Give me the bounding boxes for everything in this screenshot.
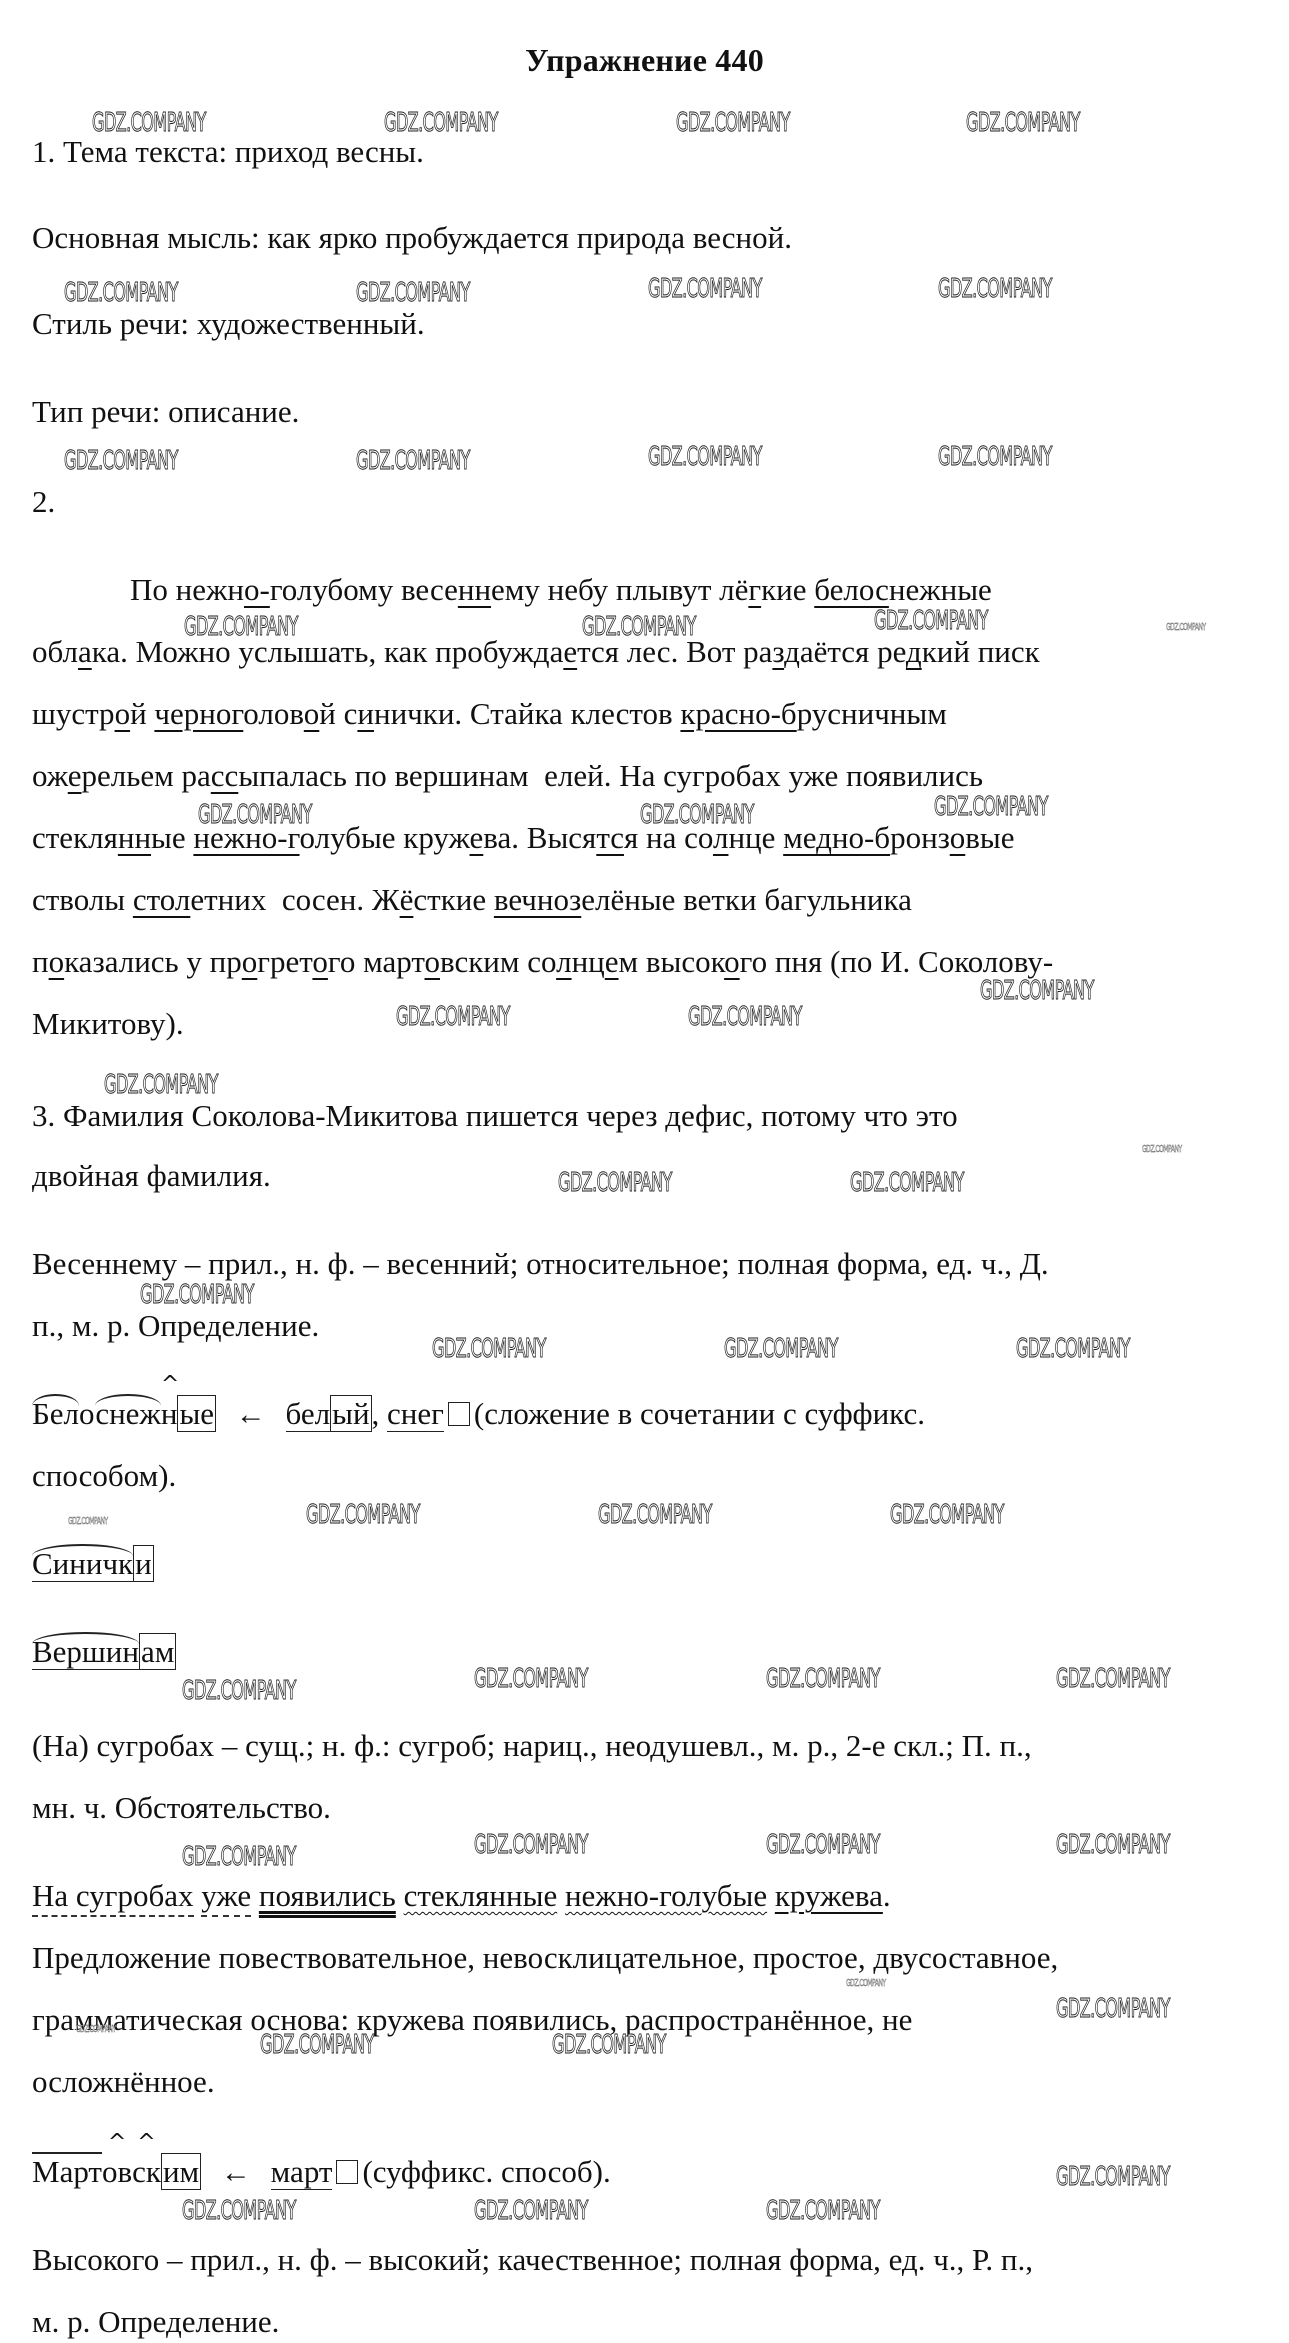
source-word-mart: март (271, 2154, 333, 2190)
watermark: GDZ.COMPANY (182, 1676, 296, 1706)
watermark: GDZ.COMPANY (1016, 1334, 1130, 1364)
hyphen-explanation-line-2: двойная фамилия. (32, 1160, 271, 1191)
suffix-sk: ск (132, 2154, 161, 2189)
belosnezhnye-analysis: Белоснежные ← белый, снег(сложение в соч… (32, 1398, 925, 1430)
ending-box: ый (330, 1395, 371, 1432)
sugrobakh-analysis-line-1: (На) сугробах – сущ.; н. ф.: сугроб; нар… (32, 1730, 1032, 1761)
watermark: GDZ.COMPANY (558, 1168, 672, 1198)
watermark: GDZ.COMPANY (64, 278, 178, 308)
watermark: GDZ.COMPANY (306, 1500, 420, 1530)
watermark: GDZ.COMPANY (938, 442, 1052, 472)
watermark: GDZ.COMPANY (396, 1002, 510, 1032)
ending-box: ам (139, 1633, 176, 1670)
watermark: GDZ.COMPANY (850, 1168, 964, 1198)
watermark: GDZ.COMPANY (934, 792, 1048, 822)
watermark: GDZ.COMPANY (874, 606, 988, 636)
root-vershin: Вершин (32, 1632, 139, 1669)
adverbial-uzhe: уже (201, 1878, 251, 1917)
watermark: GDZ.COMPANY (474, 1830, 588, 1860)
watermark: GDZ.COMPANY (1166, 622, 1206, 633)
watermark: GDZ.COMPANY (474, 1664, 588, 1694)
watermark: GDZ.COMPANY (846, 1978, 886, 1989)
vysokogo-analysis-line-1: Высокого – прил., н. ф. – высокий; качес… (32, 2244, 1033, 2275)
watermark: GDZ.COMPANY (64, 446, 178, 476)
zero-ending-box (336, 2160, 358, 2184)
vesennemu-analysis-line-1: Весеннему – прил., н. ф. – весенний; отн… (32, 1248, 1049, 1279)
belosnezhnye-comment-line-2: способом). (32, 1460, 176, 1491)
adverbial-na-sugrobakh: На сугробах (32, 1878, 194, 1917)
watermark: GDZ.COMPANY (598, 1500, 712, 1530)
main-idea-line: Основная мысль: как ярко пробуждается пр… (32, 222, 792, 253)
sentence-description-line-1: Предложение повествовательное, невосклиц… (32, 1942, 1058, 1973)
watermark: GDZ.COMPANY (980, 976, 1094, 1006)
page-title: Упражнение 440 (0, 42, 1289, 79)
watermark: GDZ.COMPANY (356, 278, 470, 308)
watermark: GDZ.COMPANY (724, 1334, 838, 1364)
watermark: GDZ.COMPANY (938, 274, 1052, 304)
sinichki-morphemes: Синички (32, 1548, 154, 1579)
watermark: GDZ.COMPANY (432, 1334, 546, 1364)
paragraph-line-5: стеклянные нежно-голубые кружева. Высятс… (32, 822, 1014, 853)
watermark: GDZ.COMPANY (140, 1280, 254, 1310)
hyphen-explanation-line-1: 3. Фамилия Соколова-Микитова пишется чер… (32, 1100, 958, 1131)
watermark: GDZ.COMPANY (1142, 1144, 1182, 1155)
ending-box: им (161, 2153, 201, 2190)
predicate-poyavilis: появились (259, 1878, 396, 1913)
root-mart: Март (32, 2152, 102, 2189)
root-bel: Бел (32, 1394, 79, 1431)
paragraph-line-6: стволы столетних сосен. Жёсткие вечнозел… (32, 884, 912, 915)
suffix-n: н (161, 1396, 178, 1431)
style-line: Стиль речи: художественный. (32, 308, 425, 339)
watermark: GDZ.COMPANY (688, 1002, 802, 1032)
watermark: GDZ.COMPANY (676, 108, 790, 138)
suffix-ov: ов (102, 2154, 132, 2189)
paragraph-line-4: ожерельем рассыпалась по вершинам елей. … (32, 760, 983, 791)
paragraph-line-2: облака. Можно услышать, как пробуждается… (32, 636, 1040, 667)
sentence-description-line-2: грамматическая основа: кружева появились… (32, 2004, 912, 2035)
watermark: GDZ.COMPANY (1056, 1994, 1170, 2024)
watermark: GDZ.COMPANY (68, 1516, 108, 1527)
watermark: GDZ.COMPANY (182, 2196, 296, 2226)
watermark: GDZ.COMPANY (648, 442, 762, 472)
source-word-bel: бел (286, 1396, 331, 1432)
source-word-sneg: снег (387, 1396, 444, 1432)
watermark: GDZ.COMPANY (474, 2196, 588, 2226)
attribute-nezhno-golubye: нежно-голубые (565, 1878, 767, 1913)
vysokogo-analysis-line-2: м. р. Определение. (32, 2306, 279, 2337)
zero-ending-box (448, 1402, 470, 1426)
root-sinich: Синичк (32, 1544, 133, 1581)
watermark: GDZ.COMPANY (356, 446, 470, 476)
watermark: GDZ.COMPANY (766, 1664, 880, 1694)
paragraph-line-3: шустрой черноголовой синички. Стайка кле… (32, 698, 947, 729)
paragraph-line-7: показались у прогретого мартовским солнц… (32, 946, 1053, 977)
document-page: Упражнение 440 1. Тема текста: приход ве… (0, 0, 1289, 2343)
watermark: GDZ.COMPANY (1056, 1664, 1170, 1694)
watermark: GDZ.COMPANY (182, 1842, 296, 1872)
type-line: Тип речи: описание. (32, 396, 299, 427)
section2-label: 2. (32, 486, 55, 517)
subject-kruzheva: кружева (775, 1878, 883, 1913)
arrow-left-icon: ← (236, 1400, 266, 1430)
formation-comment: (суффикс. способ). (362, 2154, 610, 2189)
ending-box: и (133, 1545, 154, 1582)
watermark: GDZ.COMPANY (766, 1830, 880, 1860)
martovskim-analysis: Мартовским ← март(суффикс. способ). (32, 2156, 611, 2188)
theme-line: 1. Тема текста: приход весны. (32, 136, 424, 167)
sentence-period: . (883, 1878, 891, 1913)
connecting-vowel: о (79, 1396, 95, 1431)
watermark: GDZ.COMPANY (1056, 1830, 1170, 1860)
paragraph-line-8: Микитову). (32, 1008, 184, 1039)
watermark: GDZ.COMPANY (1056, 2162, 1170, 2192)
watermark: GDZ.COMPANY (966, 108, 1080, 138)
watermark: GDZ.COMPANY (104, 1070, 218, 1100)
root-snezh: снеж (95, 1394, 161, 1431)
arrow-left-icon: ← (221, 2158, 251, 2188)
sentence-description-line-3: осложнённое. (32, 2066, 215, 2097)
sugrobakh-analysis-line-2: мн. ч. Обстоятельство. (32, 1792, 331, 1823)
vesennemu-analysis-line-2: п., м. р. Определение. (32, 1310, 319, 1341)
formation-comment: (сложение в сочетании с суффикс. (474, 1396, 925, 1431)
watermark: GDZ.COMPANY (766, 2196, 880, 2226)
vershinam-morphemes: Вершинам (32, 1636, 176, 1667)
ending-box: ые (177, 1395, 216, 1432)
paragraph-line-1: По нежно-голубому весеннему небу плывут … (130, 574, 992, 605)
belosnezhnye-word: Белоснежные (32, 1398, 216, 1429)
sentence-parse: На сугробах уже появились стеклянные неж… (32, 1880, 891, 1911)
attribute-steklyannye: стеклянные (404, 1878, 558, 1913)
watermark: GDZ.COMPANY (648, 274, 762, 304)
watermark: GDZ.COMPANY (890, 1500, 1004, 1530)
